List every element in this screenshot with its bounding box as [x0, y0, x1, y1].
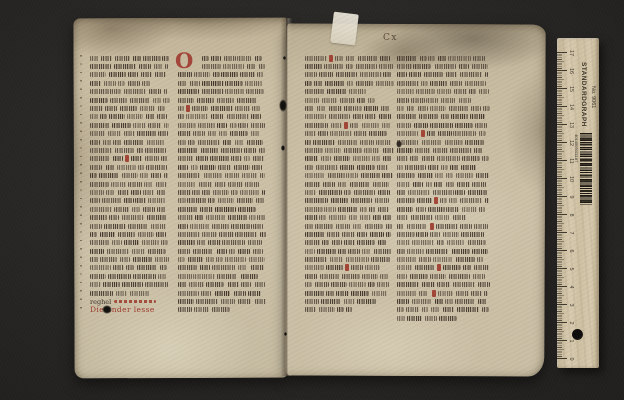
word-stroke [419, 291, 428, 296]
word-stroke [227, 114, 249, 119]
word-stroke [482, 307, 489, 312]
word-stroke [357, 232, 367, 237]
word-stroke [436, 224, 458, 229]
word-stroke [376, 140, 391, 145]
word-stroke [332, 240, 342, 245]
word-stroke [344, 299, 355, 304]
word-stroke [305, 106, 314, 111]
ruler-cm-tick [557, 214, 567, 215]
word-stroke [351, 198, 372, 203]
word-stroke [445, 299, 453, 304]
text-line [305, 96, 396, 104]
word-stroke [189, 282, 205, 287]
word-stroke [426, 98, 438, 103]
ruler-cm-tick [557, 124, 567, 125]
word-stroke [217, 274, 237, 279]
word-stroke [132, 249, 145, 254]
word-stroke [344, 240, 355, 245]
word-stroke [364, 106, 378, 111]
word-stroke [461, 165, 476, 170]
word-stroke [90, 291, 113, 296]
text-line [397, 264, 492, 272]
word-stroke [106, 190, 115, 195]
word-stroke [112, 240, 122, 245]
word-stroke [449, 106, 469, 111]
word-stroke [373, 215, 382, 220]
word-stroke [338, 140, 358, 145]
word-stroke [383, 148, 394, 153]
word-stroke [217, 98, 234, 103]
word-stroke [219, 232, 234, 237]
word-stroke [133, 257, 152, 262]
word-stroke [357, 98, 366, 103]
word-stroke [369, 131, 387, 136]
word-stroke [135, 198, 146, 203]
word-stroke [322, 98, 337, 103]
text-line [90, 171, 172, 179]
word-stroke [178, 140, 186, 145]
word-stroke [397, 240, 410, 245]
word-stroke [178, 282, 187, 287]
word-stroke [238, 249, 251, 254]
text-line [90, 96, 172, 104]
word-stroke [113, 156, 122, 161]
word-stroke [246, 89, 263, 94]
word-stroke [211, 106, 233, 111]
word-stroke [192, 106, 208, 111]
word-stroke [342, 232, 354, 237]
word-stroke [305, 232, 325, 237]
word-stroke [221, 148, 242, 153]
word-stroke [412, 240, 435, 245]
word-stroke [188, 257, 203, 262]
word-stroke [397, 123, 411, 128]
word-stroke [90, 274, 106, 279]
ruler: 17161514131211109876543210 STANDARDGRAPH… [557, 38, 599, 368]
word-stroke [251, 123, 266, 128]
word-stroke [374, 249, 392, 254]
word-stroke [104, 81, 116, 86]
word-stroke [163, 98, 169, 103]
word-stroke [407, 224, 428, 229]
text-line [305, 197, 396, 205]
word-stroke [305, 81, 312, 86]
word-stroke [380, 274, 390, 279]
word-stroke [200, 165, 216, 170]
word-stroke [340, 98, 355, 103]
word-stroke [338, 249, 346, 254]
word-stroke [409, 72, 422, 77]
word-stroke [416, 89, 435, 94]
word-stroke [329, 106, 342, 111]
word-stroke [210, 156, 228, 161]
word-stroke [397, 64, 412, 69]
word-stroke [140, 173, 148, 178]
word-stroke [197, 98, 213, 103]
word-stroke [145, 156, 159, 161]
word-stroke [255, 282, 265, 287]
text-line [178, 79, 268, 87]
word-stroke [410, 156, 419, 161]
word-stroke [357, 299, 376, 304]
text-line [90, 272, 172, 280]
word-stroke [90, 56, 99, 61]
text-line [178, 306, 268, 314]
text-line [178, 255, 268, 263]
word-stroke [470, 114, 484, 119]
word-stroke [437, 156, 459, 161]
word-stroke [327, 232, 340, 237]
text-line [305, 62, 396, 70]
word-stroke [188, 140, 194, 145]
word-stroke [242, 173, 258, 178]
text-line [90, 163, 172, 171]
word-stroke [324, 207, 336, 212]
word-stroke [202, 81, 224, 86]
word-stroke [238, 299, 252, 304]
word-stroke [100, 114, 107, 119]
ruler-cm-tick [557, 70, 567, 71]
word-stroke [346, 173, 357, 178]
word-stroke [305, 89, 324, 94]
word-stroke [255, 299, 266, 304]
word-stroke [446, 72, 457, 77]
word-stroke [90, 257, 99, 262]
text-line [305, 180, 396, 188]
ruler-cm-number: 7 [567, 227, 575, 239]
word-stroke [437, 282, 450, 287]
word-stroke [253, 249, 263, 254]
word-stroke [154, 64, 162, 69]
text-line [178, 130, 268, 138]
red-paragraph-mark [432, 290, 436, 297]
text-line [397, 88, 492, 96]
word-stroke [476, 173, 489, 178]
word-stroke [165, 64, 168, 69]
word-stroke [100, 232, 116, 237]
word-stroke [462, 207, 478, 212]
word-stroke [248, 240, 263, 245]
word-stroke [477, 257, 483, 262]
word-stroke [148, 123, 161, 128]
word-stroke [235, 106, 250, 111]
word-stroke [397, 114, 416, 119]
word-stroke [206, 282, 224, 287]
word-stroke [138, 165, 144, 170]
word-stroke [362, 123, 379, 128]
word-stroke [375, 198, 389, 203]
word-stroke [371, 257, 390, 262]
word-stroke [450, 148, 471, 153]
text-line [397, 281, 492, 289]
word-stroke [200, 265, 210, 270]
word-stroke [439, 316, 457, 321]
text-line [90, 239, 172, 247]
word-stroke [441, 165, 448, 170]
word-stroke [230, 131, 248, 136]
word-stroke [101, 56, 112, 61]
word-stroke [315, 282, 329, 287]
word-stroke [314, 81, 323, 86]
word-stroke [428, 56, 435, 61]
word-stroke [433, 257, 453, 262]
word-stroke [213, 190, 229, 195]
word-stroke [133, 56, 141, 61]
text-line [397, 96, 492, 104]
word-stroke [437, 89, 452, 94]
word-stroke [305, 56, 327, 61]
word-stroke [459, 98, 471, 103]
text-line [397, 247, 492, 255]
word-stroke [350, 123, 359, 128]
text-line [305, 88, 396, 96]
word-stroke [441, 98, 455, 103]
word-stroke [468, 190, 487, 195]
word-stroke [457, 307, 479, 312]
ruler-cm-number: 13 [567, 119, 575, 131]
word-stroke [206, 215, 225, 220]
word-stroke [201, 291, 211, 296]
word-stroke [158, 274, 166, 279]
word-stroke [428, 207, 445, 212]
word-stroke [468, 240, 486, 245]
word-stroke [449, 198, 456, 203]
text-line [90, 130, 172, 138]
word-stroke [149, 89, 162, 94]
word-stroke [216, 257, 224, 262]
word-stroke [322, 240, 329, 245]
text-line [178, 222, 268, 230]
word-stroke [230, 123, 236, 128]
word-stroke [90, 106, 103, 111]
word-stroke [124, 140, 144, 145]
word-stroke [145, 282, 168, 287]
word-stroke [305, 98, 319, 103]
word-stroke [90, 173, 97, 178]
word-stroke [372, 291, 387, 296]
word-stroke [326, 291, 335, 296]
word-stroke [124, 89, 146, 94]
ruler-cm-number: 15 [567, 83, 575, 95]
text-line [178, 239, 268, 247]
ruler-cm-tick [557, 268, 567, 269]
word-stroke [212, 265, 235, 270]
word-stroke [219, 131, 226, 136]
ruler-cm-number: 17 [567, 47, 575, 59]
word-stroke [397, 72, 407, 77]
word-stroke [438, 56, 446, 61]
word-stroke [344, 106, 354, 111]
word-stroke [100, 257, 117, 262]
text-line [90, 146, 172, 154]
word-stroke [334, 156, 350, 161]
word-stroke [90, 140, 100, 145]
ruler-cm-number: 4 [567, 281, 575, 293]
text-line [305, 205, 396, 213]
word-stroke [158, 131, 168, 136]
word-stroke [90, 123, 110, 128]
word-stroke [238, 123, 248, 128]
word-stroke [474, 148, 482, 153]
text-line [397, 297, 492, 305]
word-stroke [178, 240, 195, 245]
word-stroke [397, 173, 415, 178]
word-stroke [325, 148, 341, 153]
text-line [397, 130, 492, 138]
word-stroke [131, 156, 142, 161]
word-stroke [118, 232, 135, 237]
word-stroke [178, 207, 198, 212]
red-paragraph-mark [430, 223, 434, 230]
word-stroke [90, 89, 113, 94]
word-stroke [338, 207, 357, 212]
word-stroke [178, 81, 187, 86]
word-stroke [104, 224, 125, 229]
word-stroke [338, 182, 347, 187]
word-stroke [196, 156, 208, 161]
word-stroke [190, 224, 210, 229]
word-stroke [223, 64, 244, 69]
word-stroke [178, 89, 199, 94]
word-stroke [474, 224, 488, 229]
text-line [178, 197, 268, 205]
word-stroke [459, 64, 469, 69]
word-stroke [178, 299, 194, 304]
text-line [178, 289, 268, 297]
word-stroke [237, 198, 252, 203]
text-line [305, 171, 396, 179]
word-stroke [113, 265, 124, 270]
word-stroke [351, 291, 369, 296]
text-line [397, 121, 492, 129]
word-stroke [364, 148, 380, 153]
word-stroke [212, 307, 230, 312]
word-stroke [231, 224, 251, 229]
word-stroke [356, 81, 373, 86]
barcode [580, 133, 592, 205]
text-line [178, 171, 268, 179]
word-stroke [178, 198, 186, 203]
word-stroke [231, 156, 242, 161]
word-stroke [440, 198, 447, 203]
word-stroke [331, 123, 342, 128]
word-stroke [164, 123, 169, 128]
word-stroke [114, 207, 129, 212]
word-stroke [141, 72, 152, 77]
word-stroke [235, 232, 256, 237]
word-stroke [483, 106, 490, 111]
word-stroke [204, 173, 222, 178]
word-stroke [336, 291, 349, 296]
word-stroke [201, 148, 219, 153]
word-stroke [456, 291, 469, 296]
text-line [178, 104, 268, 112]
word-stroke [337, 307, 344, 312]
text-line [305, 213, 396, 221]
word-stroke [245, 81, 263, 86]
ruler-cm-number: 6 [567, 245, 575, 257]
word-stroke [178, 257, 185, 262]
word-stroke [418, 173, 433, 178]
word-stroke [234, 165, 251, 170]
word-stroke [453, 282, 476, 287]
word-stroke [128, 224, 148, 229]
word-stroke [478, 282, 490, 287]
word-stroke [386, 224, 392, 229]
word-stroke [122, 215, 144, 220]
word-stroke [108, 131, 121, 136]
word-stroke [225, 81, 243, 86]
word-stroke [197, 240, 206, 245]
word-stroke [237, 56, 251, 61]
word-stroke [224, 56, 236, 61]
word-stroke [450, 165, 459, 170]
word-stroke [215, 182, 227, 187]
text-line [90, 213, 172, 221]
word-stroke [198, 123, 215, 128]
word-stroke [240, 190, 259, 195]
word-stroke [221, 299, 235, 304]
word-stroke [178, 249, 190, 254]
word-stroke [330, 257, 344, 262]
word-stroke [321, 156, 332, 161]
word-stroke [418, 106, 428, 111]
word-stroke [238, 265, 247, 270]
text-line [90, 281, 172, 289]
word-stroke [202, 64, 221, 69]
word-stroke [353, 156, 370, 161]
word-stroke [109, 114, 124, 119]
word-stroke [178, 106, 184, 111]
word-stroke [178, 224, 188, 229]
word-stroke [379, 64, 393, 69]
word-stroke [397, 98, 409, 103]
word-stroke [479, 131, 486, 136]
ruler-halfcm-ticks [557, 52, 564, 360]
word-stroke [356, 64, 377, 69]
word-stroke [251, 114, 262, 119]
word-stroke [417, 198, 432, 203]
word-stroke [313, 140, 335, 145]
text-line [305, 155, 396, 163]
word-stroke [144, 182, 153, 187]
word-stroke [305, 182, 320, 187]
word-stroke [252, 165, 262, 170]
word-stroke [368, 282, 375, 287]
word-stroke [360, 215, 371, 220]
word-stroke [397, 232, 415, 237]
word-stroke [228, 215, 247, 220]
text-line [397, 188, 492, 196]
word-stroke [148, 249, 166, 254]
word-stroke [142, 240, 159, 245]
word-stroke [435, 173, 444, 178]
word-stroke [133, 274, 156, 279]
word-stroke [240, 72, 255, 77]
word-stroke [117, 165, 136, 170]
text-line [397, 306, 492, 314]
word-stroke [200, 207, 214, 212]
word-stroke [137, 265, 157, 270]
word-stroke [122, 173, 138, 178]
text-line [178, 163, 268, 171]
word-stroke [354, 190, 375, 195]
initial-letter: O [175, 50, 193, 71]
ruler-cm-tick [557, 358, 567, 359]
word-stroke [193, 131, 205, 136]
word-stroke [223, 140, 232, 145]
word-stroke [373, 182, 389, 187]
